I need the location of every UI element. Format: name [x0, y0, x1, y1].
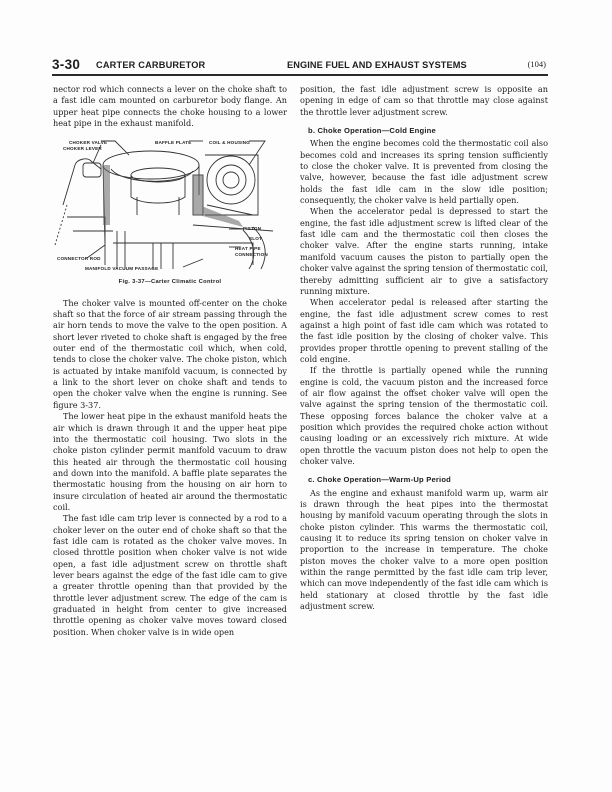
paragraph: nector rod which connects a lever on the… [53, 84, 287, 129]
paragraph: The fast idle cam trip lever is connecte… [53, 513, 287, 638]
label-choker-lever: CHOKER LEVER [63, 143, 102, 154]
paragraph: When the accelerator pedal is depressed … [300, 206, 548, 297]
section-title: CARTER CARBURETOR [96, 60, 205, 70]
label-baffle-plate: BAFFLE PLATE [155, 137, 192, 148]
subheading-cold-engine: b. Choke Operation—Cold Engine [308, 125, 548, 136]
subheading-warm-up-period: c. Choke Operation—Warm-Up Period [308, 474, 548, 485]
paragraph: When accelerator pedal is released after… [300, 297, 548, 365]
right-column: position, the fast idle adjustment screw… [300, 84, 548, 612]
paragraph: When the engine becomes cold the thermos… [300, 138, 548, 206]
left-column: nector rod which connects a lever on the… [53, 84, 287, 638]
page-reference-number: (104) [522, 59, 546, 72]
carburetor-figure: CHOKER VALVE CHOKER LEVER BAFFLE PLATE C… [53, 135, 287, 273]
page-header: 3-30 CARTER CARBURETOR ENGINE FUEL AND E… [52, 60, 548, 76]
chapter-title: ENGINE FUEL AND EXHAUST SYSTEMS [287, 60, 467, 70]
label-connection: CONNECTION [235, 249, 268, 260]
figure-caption: Fig. 3-37—Carter Climatic Control [53, 277, 287, 288]
paragraph: position, the fast idle adjustment screw… [300, 84, 548, 118]
paragraph: The choker valve is mounted off-center o… [53, 298, 287, 411]
paragraph: If the throttle is partially opened whil… [300, 365, 548, 467]
page-number: 3-30 [52, 57, 80, 72]
label-coil-housing: COIL & HOUSING [209, 137, 250, 148]
paragraph: The lower heat pipe in the exhaust manif… [53, 411, 287, 513]
paragraph: As the engine and exhaust manifold warm … [300, 488, 548, 613]
label-manifold-vacuum-passage: MANIFOLD VACUUM PASSAGE [85, 263, 158, 274]
